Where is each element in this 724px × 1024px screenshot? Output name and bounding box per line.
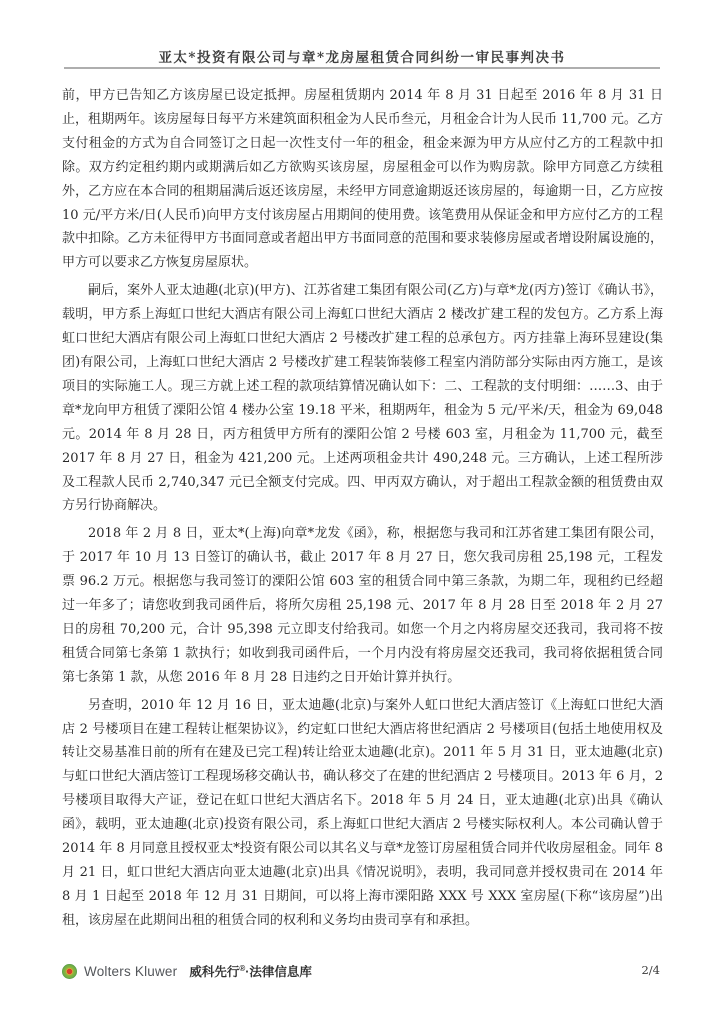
document-footer: Wolters Kluwer 威科先行®·法律信息库 2/4 [0, 958, 724, 988]
brand-name: Wolters Kluwer [84, 964, 177, 979]
paragraph: 2018 年 2 月 8 日，亚太*(上海)向章*龙发《函》，称，根据您与我司和… [62, 522, 663, 689]
document-body: 前，甲方已告知乙方该房屋已设定抵押。房屋租赁期内 2014 年 8 月 31 日… [62, 84, 663, 937]
paragraph: 前，甲方已告知乙方该房屋已设定抵押。房屋租赁期内 2014 年 8 月 31 日… [62, 84, 663, 275]
document-title: 亚太*投资有限公司与章*龙房屋租赁合同纠纷一审民事判决书 [64, 46, 660, 66]
wolters-kluwer-logo-icon [62, 964, 77, 979]
product-name: 威科先行®·法律信息库 [189, 962, 312, 980]
product-name-suffix: ·法律信息库 [245, 965, 312, 979]
product-name-text: 威科先行 [189, 965, 239, 979]
document-page: 亚太*投资有限公司与章*龙房屋租赁合同纠纷一审民事判决书 前，甲方已告知乙方该房… [0, 0, 724, 1024]
paragraph: 嗣后，案外人亚太迪趣(北京)(甲方)、江苏省建工集团有限公司(乙方)与章*龙(丙… [62, 279, 663, 518]
paragraph: 另查明，2010 年 12 月 16 日，亚太迪趣(北京)与案外人虹口世纪大酒店… [62, 694, 663, 933]
page-number: 2/4 [641, 963, 660, 977]
document-header: 亚太*投资有限公司与章*龙房屋租赁合同纠纷一审民事判决书 [64, 46, 660, 66]
header-divider [64, 67, 660, 69]
brand-block: Wolters Kluwer 威科先行®·法律信息库 [62, 962, 312, 980]
